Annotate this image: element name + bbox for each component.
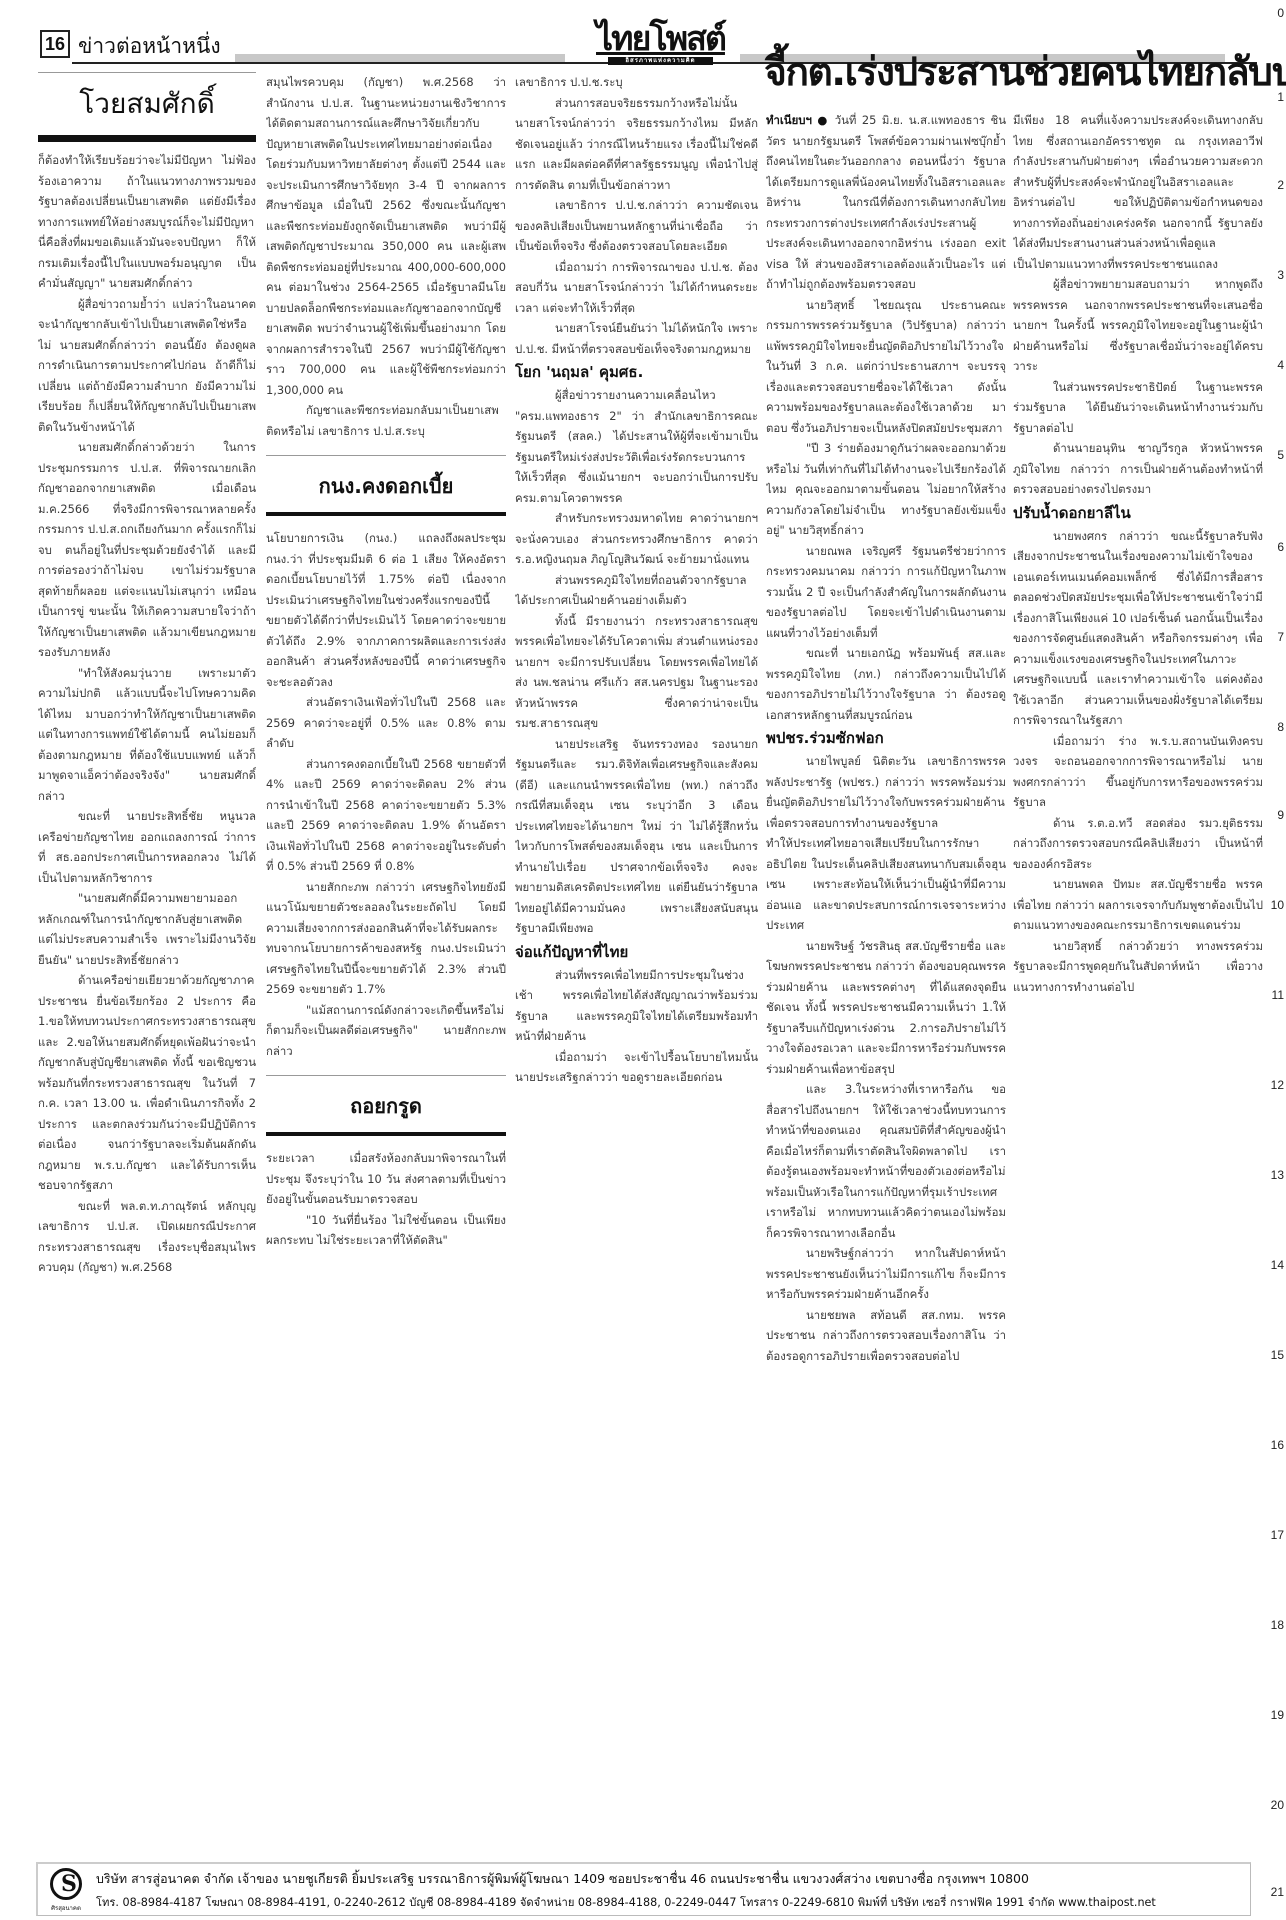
ruler-mark: 3 <box>1277 268 1284 282</box>
paragraph: ส่วนอัตราเงินเฟ้อทั่วไปในปี 2568 และ 256… <box>266 692 506 754</box>
paragraph: เมื่อถามว่า จะเข้าไปรื้อนโยบายไหมนั้น นา… <box>515 1047 758 1088</box>
paragraph: ขณะที่ พล.ต.ท.ภาณุรัตน์ หลักบุญ เลขาธิกา… <box>38 1196 256 1278</box>
ruler-mark: 17 <box>1271 1528 1284 1542</box>
paragraph: ขณะที่ นายเอกนัฏ พร้อมพันธุ์ สส.และพรรคภ… <box>766 643 1006 725</box>
paragraph: นายพริษฐ์ วัชรสินธุ สส.บัญชีรายชื่อ และโ… <box>766 936 1006 1080</box>
newspaper-page: 16 ข่าวต่อหน้าหนึ่ง ไทยโพสต์ อิสรภาพแห่ง… <box>0 0 1286 1920</box>
ruler-mark: 14 <box>1271 1258 1284 1272</box>
paragraph: นายณพล เจริญศรี รัฐมนตรีช่วยว่าการกระทรว… <box>766 541 1006 644</box>
s-glyph-icon: S <box>53 1871 85 1897</box>
section-title: ข่าวต่อหน้าหนึ่ง <box>78 30 221 63</box>
publisher-imprint: S ศิรสุอนาคต บริษัท สารสู่อนาคต จำกัด เจ… <box>36 1862 1251 1916</box>
ruler-mark: 6 <box>1277 540 1284 554</box>
column-opinion: โวยสมศักดิ์ ก็ต้องทำให้เรียบร้อยว่าจะไม่… <box>38 72 256 1852</box>
column-2: สมุนไพรควบคุม (กัญชา) พ.ศ.2568 ว่า สำนัก… <box>266 72 506 1852</box>
paragraph: กัญชาและพืชกระท่อมกลับมาเป็นยาเสพติดหรือ… <box>266 400 506 441</box>
ruler-mark: 15 <box>1271 1348 1284 1362</box>
paragraph: ผู้สื่อข่าวรายงานความเคลื่อนไหว "ครม.แพท… <box>515 385 758 508</box>
paragraph: ทำให้ประเทศไทยอาจเสียเปรียบในการรักษาอธิ… <box>766 833 1006 936</box>
paragraph: เป็นไปตามแนวทางที่พรรคประชาชนแถลง <box>1013 254 1263 275</box>
ruler-mark: 2 <box>1277 178 1284 192</box>
page-ruler: 0 1 2 3 4 5 6 7 8 9 10 11 12 13 14 15 16… <box>1268 0 1286 1920</box>
paragraph: ขณะที่ นายประสิทธิ์ชัย หนูนวล เครือข่ายก… <box>38 806 256 888</box>
paragraph: "แม้สถานการณ์ดังกล่าวจะเกิดขึ้นหรือไม่ ก… <box>266 1000 506 1062</box>
paragraph: "ทำให้สังคมวุ่นวาย เพราะมาตัวความไม่ปกติ… <box>38 663 256 807</box>
logo-wordmark: ไทยโพสต์ <box>593 22 728 56</box>
paragraph: นายวิสุทธิ์ กล่าวด้วยว่า ทางพรรคร่วมรัฐบ… <box>1013 936 1263 998</box>
bullet-icon: ● <box>817 113 829 127</box>
paragraph: นายสาโรจน์ยืนยันว่า ไม่ได้หนักใจ เพราะ ป… <box>515 318 758 359</box>
ruler-mark: 13 <box>1271 1168 1284 1182</box>
column-3: เลขาธิการ ป.ป.ช.ระบุ ส่วนการสอบจริยธรรมก… <box>515 72 758 1852</box>
section-head-retreat: ถอยกรูด <box>266 1075 506 1136</box>
paragraph: นายวิสุทธิ์ ไชยณรุณ ประธานคณะกรรมการพรรค… <box>766 295 1006 439</box>
subhead-pplp-censure: พปชร.ร่วมซักฟอก <box>766 727 1006 749</box>
paragraph: และ 3.ในระหว่างที่เราหารือกัน ขอสื่อสารไ… <box>766 1079 1006 1243</box>
ruler-mark: 0 <box>1277 6 1284 20</box>
column-5: มีเพียง 18 คนที่แจ้งความประสงค์จะเดินทาง… <box>1013 110 1263 1850</box>
ruler-mark: 9 <box>1277 808 1284 822</box>
ruler-mark: 18 <box>1271 1618 1284 1632</box>
lead-story-column: ทำเนียบฯ ● วันที่ 25 มิ.ย. น.ส.แพทองธาร … <box>766 110 1006 1890</box>
subhead-education-ministry: โยก 'นฤมล' คุมศธ. <box>515 361 758 383</box>
imprint-contacts: โทร. 08-8984-4187 โฆษณา 08-8984-4191, 0-… <box>96 1893 1156 1911</box>
paragraph: เลขาธิการ ป.ป.ช.ระบุ <box>515 72 758 93</box>
paragraph: นายสักกะภพ กล่าวว่า เศรษฐกิจไทยยังมีแนวโ… <box>266 877 506 1000</box>
paragraph: "นายสมศักดิ์มีความพยายามออกหลักเกณฑ์ในกา… <box>38 888 256 970</box>
paragraph: "ปี 3 ร่ายต้องมาดูกันว่าผลจะออกมาด้วยหรื… <box>766 438 1006 541</box>
publisher-logo: S ศิรสุอนาคต <box>44 1868 88 1914</box>
ruler-mark: 10 <box>1271 898 1284 912</box>
paragraph: ระยะเวลา เมื่อสรังห้องกลับมาพิจารณาในที่… <box>266 1148 506 1210</box>
ruler-mark: 16 <box>1271 1438 1284 1452</box>
paragraph: ส่วนที่พรรคเพื่อไทยมีการประชุมในช่วงเช้า… <box>515 965 758 1047</box>
ruler-mark: 7 <box>1277 630 1284 644</box>
paragraph: มีเพียง 18 คนที่แจ้งความประสงค์จะเดินทาง… <box>1013 110 1263 254</box>
ruler-mark: 4 <box>1277 358 1284 372</box>
paragraph: นายนพดล ปัทมะ สส.บัญชีรายชื่อ พรรคเพื่อไ… <box>1013 874 1263 936</box>
paragraph: ส่วนการสอบจริยธรรมกว้างหรือไม่นั้น นายสา… <box>515 93 758 196</box>
paragraph: นายพริษฐ์กล่าวว่า หากในสัปดาห์หน้าพรรคปร… <box>766 1243 1006 1305</box>
ruler-mark: 20 <box>1271 1798 1284 1812</box>
paragraph: ด้าน ร.ต.อ.ทวี สอดส่อง รมว.ยุติธรรม กล่า… <box>1013 813 1263 875</box>
paragraph: เมื่อถามว่า ร่าง พ.ร.บ.สถานบันเทิงครบวงจ… <box>1013 731 1263 813</box>
publisher-logo-text: ศิรสุอนาคต <box>44 1903 88 1913</box>
ruler-mark: 19 <box>1271 1708 1284 1722</box>
imprint-address: บริษัท สารสู่อนาคต จำกัด เจ้าของ นายชูเก… <box>96 1869 1029 1889</box>
paragraph: สำหรับกระทรวงมหาดไทย คาดว่านายกฯ จะนั่งค… <box>515 508 758 570</box>
paragraph: ทั้งนี้ มีรายงานว่า กระทรวงสาธารณสุข พรร… <box>515 611 758 734</box>
header-grey-bar-left <box>235 54 565 62</box>
thaipost-logo: ไทยโพสต์ อิสรภาพแห่งความคิด <box>593 22 728 66</box>
ruler-mark: 12 <box>1271 1078 1284 1092</box>
paragraph: เมื่อถามว่า การพิจารณาของ ป.ป.ช. ต้องสอบ… <box>515 257 758 319</box>
paragraph: ด้านเครือข่ายเยียวยาด้วยกัญชาภาคประชาชน … <box>38 970 256 1196</box>
subhead-problem-solving: จ่อแก้ปัญหาที่ไทย <box>515 941 758 963</box>
section-head-interest-rate: กนง.คงดอกเบี้ย <box>266 455 506 516</box>
paragraph: ผู้สื่อข่าวพยายามสอบถามว่า หากพูดถึงพรรค… <box>1013 274 1263 377</box>
paragraph: "10 วันที่ยื่นร้อง ไม่ใช่ขั้นตอน เป็นเพี… <box>266 1210 506 1251</box>
paragraph: ผู้สื่อข่าวถามย้ำว่า แปลว่าในอนาคตจะนำกั… <box>38 294 256 438</box>
publisher-logo-icon: S <box>50 1868 82 1900</box>
paragraph: เลขาธิการ ป.ป.ช.กล่าวว่า ความชัดเจนของคล… <box>515 195 758 257</box>
paragraph: นโยบายการเงิน (กนง.) แถลงถึงผลประชุม กนง… <box>266 528 506 692</box>
ruler-mark: 5 <box>1277 448 1284 462</box>
column-title: โวยสมศักดิ์ <box>38 87 256 121</box>
divider <box>38 72 256 73</box>
ruler-mark: 8 <box>1277 720 1284 734</box>
page-number: 16 <box>40 30 70 58</box>
paragraph: นายไพบูลย์ นิติตะวัน เลขาธิการพรรคพลังปร… <box>766 751 1006 833</box>
paragraph: ในส่วนพรรคประชาธิปัตย์ ในฐานะพรรคร่วมรัฐ… <box>1013 377 1263 439</box>
ruler-mark: 11 <box>1272 988 1284 1002</box>
lead-headline: จี้กต.เร่งประสานช่วยคนไทยกลับประเทศ <box>764 50 1264 96</box>
paragraph: นายพงศกร กล่าวว่า ขณะนี้รัฐบาลรับฟังเสีย… <box>1013 526 1263 731</box>
subhead-casino: ปรับน้ำดอกยาลีไน <box>1013 502 1263 524</box>
paragraph: สมุนไพรควบคุม (กัญชา) พ.ศ.2568 ว่า สำนัก… <box>266 72 506 400</box>
dateline: ทำเนียบฯ <box>766 113 812 127</box>
paragraph: นายชยพล สท้อนดี สส.กทม. พรรคประชาชน กล่า… <box>766 1305 1006 1367</box>
lead-paragraph: ทำเนียบฯ ● วันที่ 25 มิ.ย. น.ส.แพทองธาร … <box>766 110 1006 295</box>
column-title-box: โวยสมศักดิ์ <box>38 72 256 142</box>
paragraph: นายประเสริฐ จันทรรวงทอง รองนายกรัฐมนตรีแ… <box>515 734 758 939</box>
ruler-mark: 21 <box>1271 1885 1284 1899</box>
paragraph: ก็ต้องทำให้เรียบร้อยว่าจะไม่มีปัญหา ไม่ฟ… <box>38 150 256 294</box>
ruler-mark: 1 <box>1277 90 1284 104</box>
paragraph: ส่วนการคงดอกเบี้ยในปี 2568 ขยายตัวที่ 4%… <box>266 754 506 877</box>
paragraph: ส่วนพรรคภูมิใจไทยที่ถอนตัวจากรัฐบาล ได้ป… <box>515 570 758 611</box>
divider <box>38 135 256 142</box>
paragraph: นายสมศักดิ์กล่าวด้วยว่า ในการประชุมกรรมก… <box>38 437 256 663</box>
lead-text: วันที่ 25 มิ.ย. น.ส.แพทองธาร ชินวัตร นาย… <box>766 113 1006 291</box>
paragraph: ด้านนายอนุทิน ชาญวีรกูล หัวหน้าพรรคภูมิใ… <box>1013 438 1263 500</box>
